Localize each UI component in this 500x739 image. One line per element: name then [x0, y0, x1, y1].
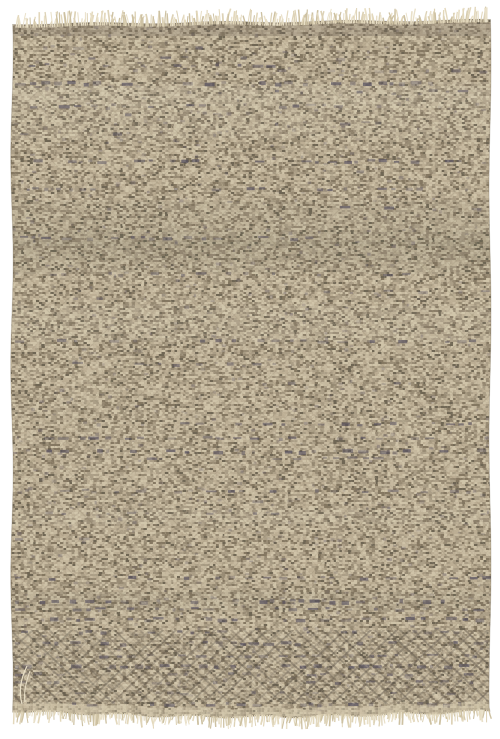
- rug-photo: Hand-knotted wool rug photographed on wh…: [0, 0, 500, 739]
- rug-canvas: [0, 0, 500, 739]
